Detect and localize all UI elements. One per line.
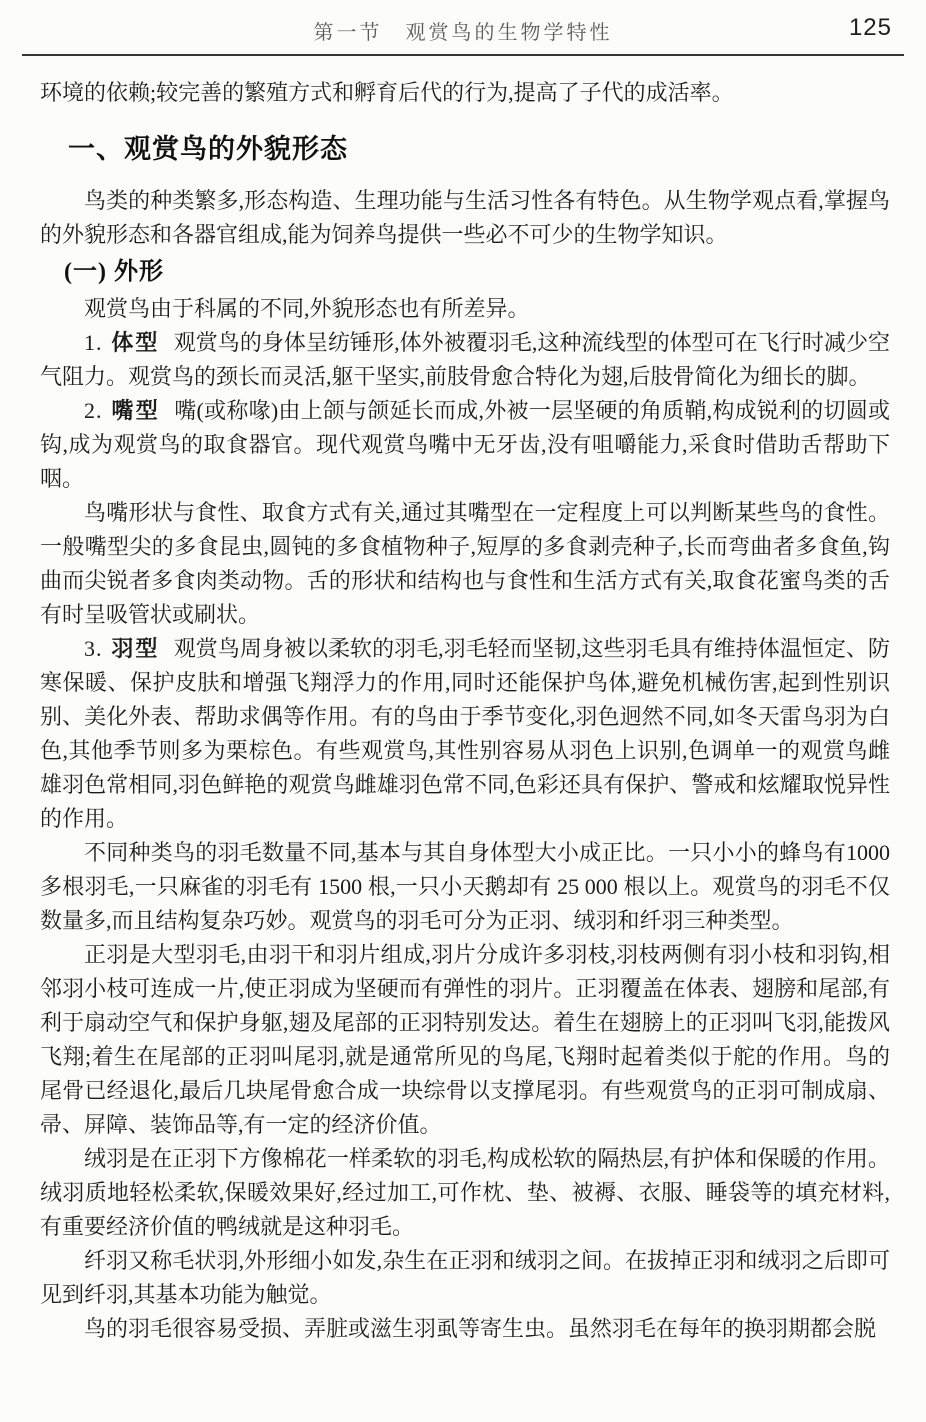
paragraph-continuation: 环境的依赖;较完善的繁殖方式和孵育后代的行为,提高了子代的成活率。	[40, 76, 890, 110]
item-number: 1.	[84, 330, 103, 355]
item-term-body-type: 体型	[111, 330, 159, 355]
paragraph-down-feathers: 绒羽是在正羽下方像棉花一样柔软的羽毛,构成松软的隔热层,有护体和保暖的作用。绒羽…	[40, 1142, 890, 1244]
paragraph-filoplumes: 纤羽又称毛状羽,外形细小如发,杂生在正羽和绒羽之间。在拔掉正羽和绒羽之后即可见到…	[40, 1244, 890, 1312]
item-term-feather-type: 羽型	[111, 636, 159, 661]
page-body-text: 环境的依赖;较完善的繁殖方式和孵育后代的行为,提高了子代的成活率。 一、观赏鸟的…	[40, 76, 890, 1346]
paragraph-variation: 观赏鸟由于科属的不同,外貌形态也有所差异。	[40, 292, 890, 326]
item-number: 3.	[84, 636, 103, 661]
book-page: 第一节 观赏鸟的生物学特性 125 环境的依赖;较完善的繁殖方式和孵育后代的行为…	[0, 0, 926, 1422]
paragraph-feather-type: 3.羽型观赏鸟周身被以柔软的羽毛,羽毛轻而坚韧,这些羽毛具有维持体温恒定、防寒保…	[40, 632, 890, 836]
subheading-external-form: (一) 外形	[40, 254, 890, 290]
item-text: 嘴(或称喙)由上颌与颌延长而成,外被一层坚硬的角质鞘,构成锐利的切圆或钩,成为观…	[40, 398, 890, 491]
heading-appearance-morphology: 一、观赏鸟的外貌形态	[40, 130, 890, 168]
page-number: 125	[849, 14, 892, 42]
running-header-section-title: 第一节 观赏鸟的生物学特性	[22, 16, 904, 45]
item-text: 观赏鸟的身体呈纺锤形,体外被覆羽毛,这种流线型的体型可在飞行时减少空气阻力。观赏…	[40, 330, 890, 389]
paragraph-body-type: 1.体型观赏鸟的身体呈纺锤形,体外被覆羽毛,这种流线型的体型可在飞行时减少空气阻…	[40, 326, 890, 394]
item-text: 观赏鸟周身被以柔软的羽毛,羽毛轻而坚韧,这些羽毛具有维持体温恒定、防寒保暖、保护…	[40, 636, 890, 831]
header-rule	[22, 54, 904, 56]
paragraph-beak-type: 2.嘴型嘴(或称喙)由上颌与颌延长而成,外被一层坚硬的角质鞘,构成锐利的切圆或钩…	[40, 394, 890, 496]
item-number: 2.	[84, 398, 103, 423]
paragraph-feather-count: 不同种类鸟的羽毛数量不同,基本与其自身体型大小成正比。一只小小的蜂鸟有1000多…	[40, 836, 890, 938]
paragraph-intro: 鸟类的种类繁多,形态构造、生理功能与生活习性各有特色。从生物学观点看,掌握鸟的外…	[40, 184, 890, 252]
running-header: 第一节 观赏鸟的生物学特性 125	[22, 16, 904, 50]
paragraph-feather-damage: 鸟的羽毛很容易受损、弄脏或滋生羽虱等寄生虫。虽然羽毛在每年的换羽期都会脱	[40, 1312, 890, 1346]
paragraph-beak-diet: 鸟嘴形状与食性、取食方式有关,通过其嘴型在一定程度上可以判断某些鸟的食性。一般嘴…	[40, 496, 890, 632]
paragraph-contour-feathers: 正羽是大型羽毛,由羽干和羽片组成,羽片分成许多羽枝,羽枝两侧有羽小枝和羽钩,相邻…	[40, 938, 890, 1142]
item-term-beak-type: 嘴型	[111, 398, 160, 423]
